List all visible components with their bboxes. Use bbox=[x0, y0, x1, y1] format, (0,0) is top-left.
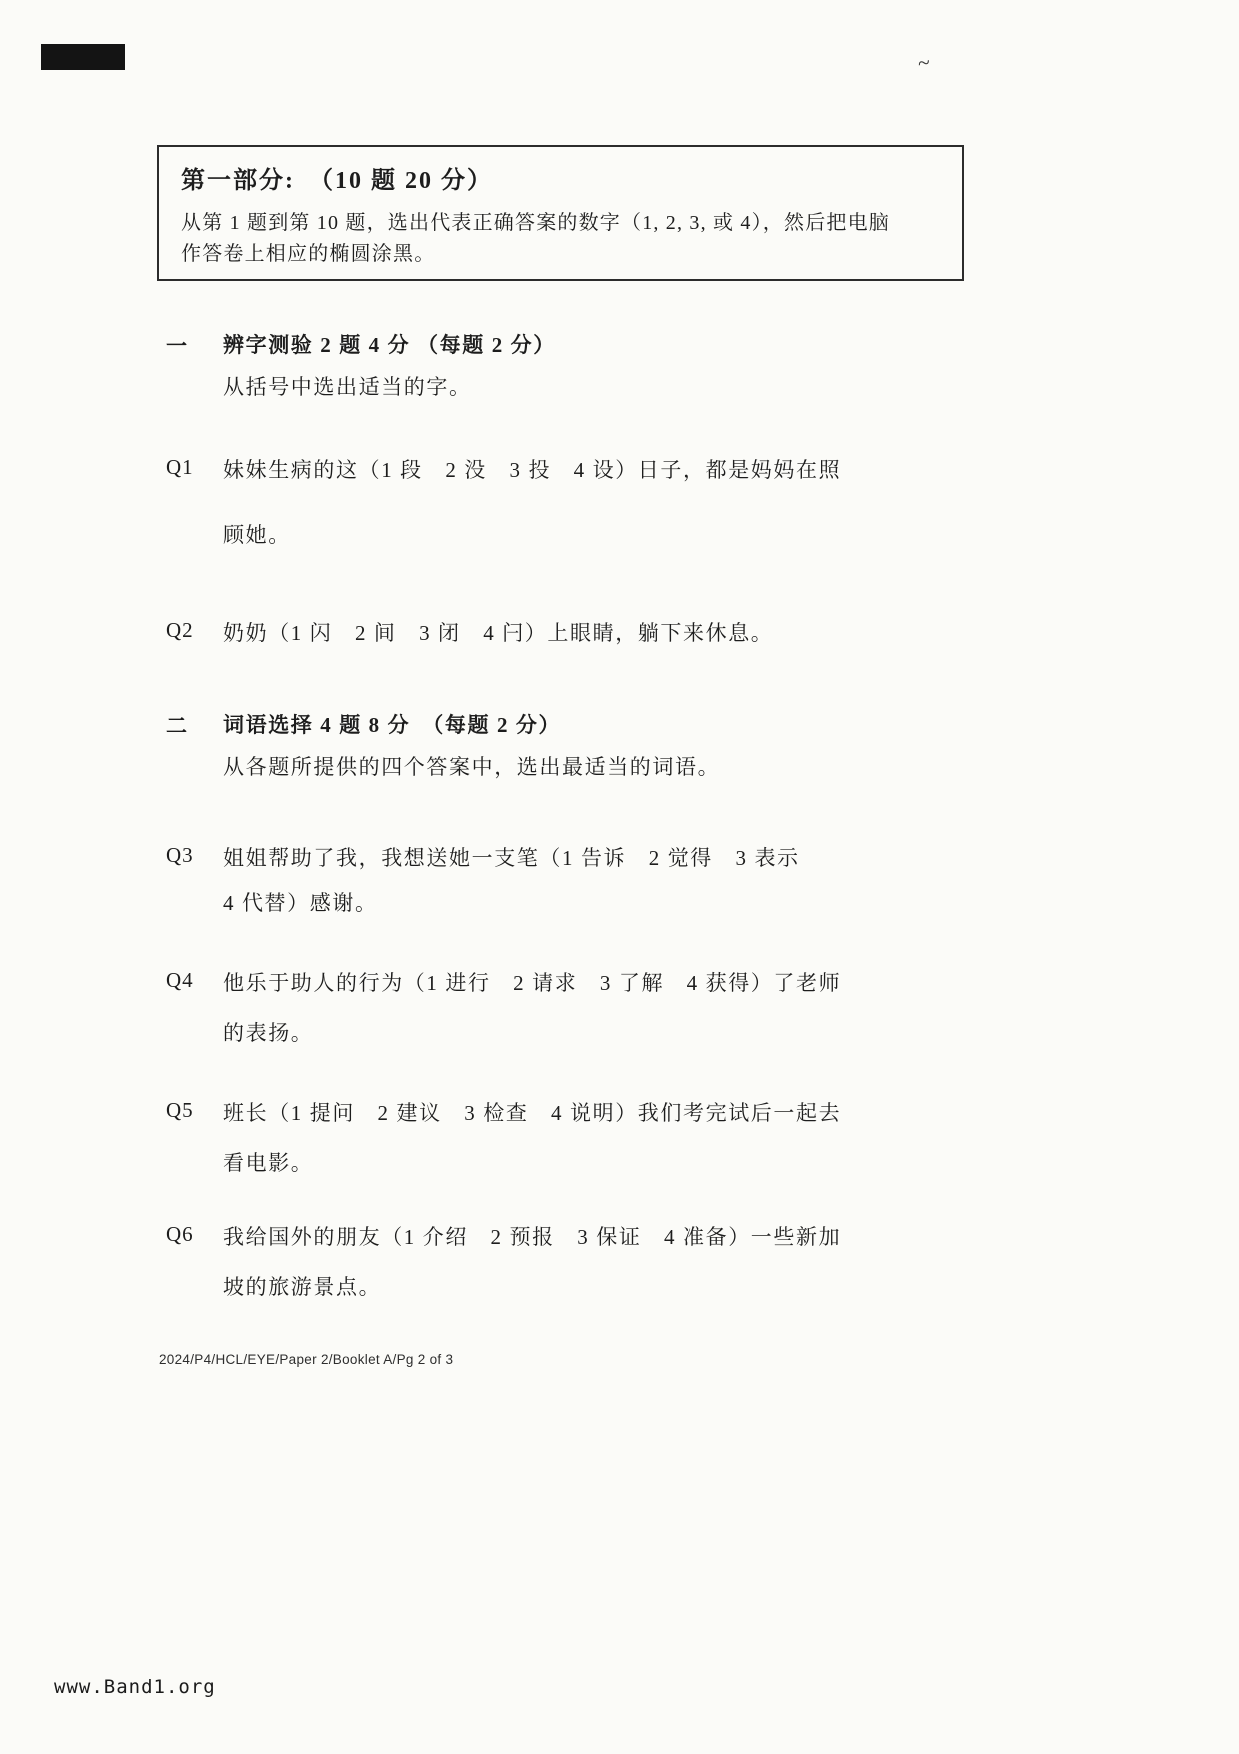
part-instruction-line1: 从第 1 题到第 10 题，选出代表正确答案的数字（1, 2, 3, 或 4），… bbox=[181, 208, 946, 239]
question-q1-line1: 妹妹生病的这（1 段 2 没 3 投 4 设）日子，都是妈妈在照 bbox=[223, 455, 841, 485]
question-q3-line1: 姐姐帮助了我，我想送她一支笔（1 告诉 2 觉得 3 表示 bbox=[223, 843, 800, 873]
site-watermark: www.Band1.org bbox=[54, 1676, 216, 1698]
question-q5-number: Q5 bbox=[166, 1098, 223, 1123]
question-q5-continued: 看电影。 bbox=[166, 1148, 1006, 1178]
question-q6: Q6 我给国外的朋友（1 介绍 2 预报 3 保证 4 准备）一些新加 bbox=[166, 1222, 1006, 1252]
question-q1-continued: 顾她。 bbox=[166, 520, 1006, 550]
section-2-header: 二 词语选择 4 题 8 分 （每题 2 分） bbox=[166, 710, 1006, 740]
question-q4-line1: 他乐于助人的行为（1 进行 2 请求 3 了解 4 获得）了老师 bbox=[223, 968, 841, 998]
section-2-marker: 二 bbox=[166, 710, 223, 740]
section-1-instruction-text: 从括号中选出适当的字。 bbox=[223, 372, 472, 402]
question-q5-line1: 班长（1 提问 2 建议 3 检查 4 说明）我们考完试后一起去 bbox=[223, 1098, 841, 1128]
section-1-header: 一 辨字测验 2 题 4 分 （每题 2 分） bbox=[166, 330, 1006, 360]
question-q1: Q1 妹妹生病的这（1 段 2 没 3 投 4 设）日子，都是妈妈在照 bbox=[166, 455, 1006, 485]
question-q3-continued: 4 代替）感谢。 bbox=[166, 888, 1006, 918]
question-q4-line2: 的表扬。 bbox=[223, 1018, 313, 1048]
question-q6-continued: 坡的旅游景点。 bbox=[166, 1272, 1006, 1302]
section-2-title: 词语选择 4 题 8 分 （每题 2 分） bbox=[223, 710, 561, 740]
question-q1-number: Q1 bbox=[166, 455, 223, 480]
question-q5-line2: 看电影。 bbox=[223, 1148, 313, 1178]
section-1-instruction: 从括号中选出适当的字。 bbox=[166, 372, 1006, 402]
question-q2-number: Q2 bbox=[166, 618, 223, 643]
question-q6-line2: 坡的旅游景点。 bbox=[223, 1272, 381, 1302]
section-2-instruction-text: 从各题所提供的四个答案中，选出最适当的词语。 bbox=[223, 752, 720, 782]
section-1-title: 辨字测验 2 题 4 分 （每题 2 分） bbox=[223, 330, 556, 360]
exam-page: ~ 第一部分: （10 题 20 分） 从第 1 题到第 10 题，选出代表正确… bbox=[0, 0, 1239, 1754]
page-footer: 2024/P4/HCL/EYE/Paper 2/Booklet A/Pg 2 o… bbox=[159, 1352, 453, 1367]
part-instructions-box: 第一部分: （10 题 20 分） 从第 1 题到第 10 题，选出代表正确答案… bbox=[157, 145, 964, 281]
question-q4-number: Q4 bbox=[166, 968, 223, 993]
question-q5: Q5 班长（1 提问 2 建议 3 检查 4 说明）我们考完试后一起去 bbox=[166, 1098, 1006, 1128]
question-q3-number: Q3 bbox=[166, 843, 223, 868]
question-q4: Q4 他乐于助人的行为（1 进行 2 请求 3 了解 4 获得）了老师 bbox=[166, 968, 1006, 998]
question-q2: Q2 奶奶（1 闪 2 间 3 闭 4 闩）上眼睛，躺下来休息。 bbox=[166, 618, 1006, 648]
question-q2-line1: 奶奶（1 闪 2 间 3 闭 4 闩）上眼睛，躺下来休息。 bbox=[223, 618, 773, 648]
question-q1-line2: 顾她。 bbox=[223, 520, 291, 550]
question-q6-line1: 我给国外的朋友（1 介绍 2 预报 3 保证 4 准备）一些新加 bbox=[223, 1222, 841, 1252]
stray-pen-mark: ~ bbox=[916, 49, 931, 76]
part-instruction-line2: 作答卷上相应的椭圆涂黑。 bbox=[181, 239, 946, 270]
question-q3-line2: 4 代替）感谢。 bbox=[223, 888, 378, 918]
part-title: 第一部分: （10 题 20 分） bbox=[181, 160, 946, 195]
question-q6-number: Q6 bbox=[166, 1222, 223, 1247]
section-2-instruction: 从各题所提供的四个答案中，选出最适当的词语。 bbox=[166, 752, 1006, 782]
question-q3: Q3 姐姐帮助了我，我想送她一支笔（1 告诉 2 觉得 3 表示 bbox=[166, 843, 1006, 873]
question-q4-continued: 的表扬。 bbox=[166, 1018, 1006, 1048]
section-1-marker: 一 bbox=[166, 330, 223, 360]
redaction-block bbox=[41, 44, 125, 70]
